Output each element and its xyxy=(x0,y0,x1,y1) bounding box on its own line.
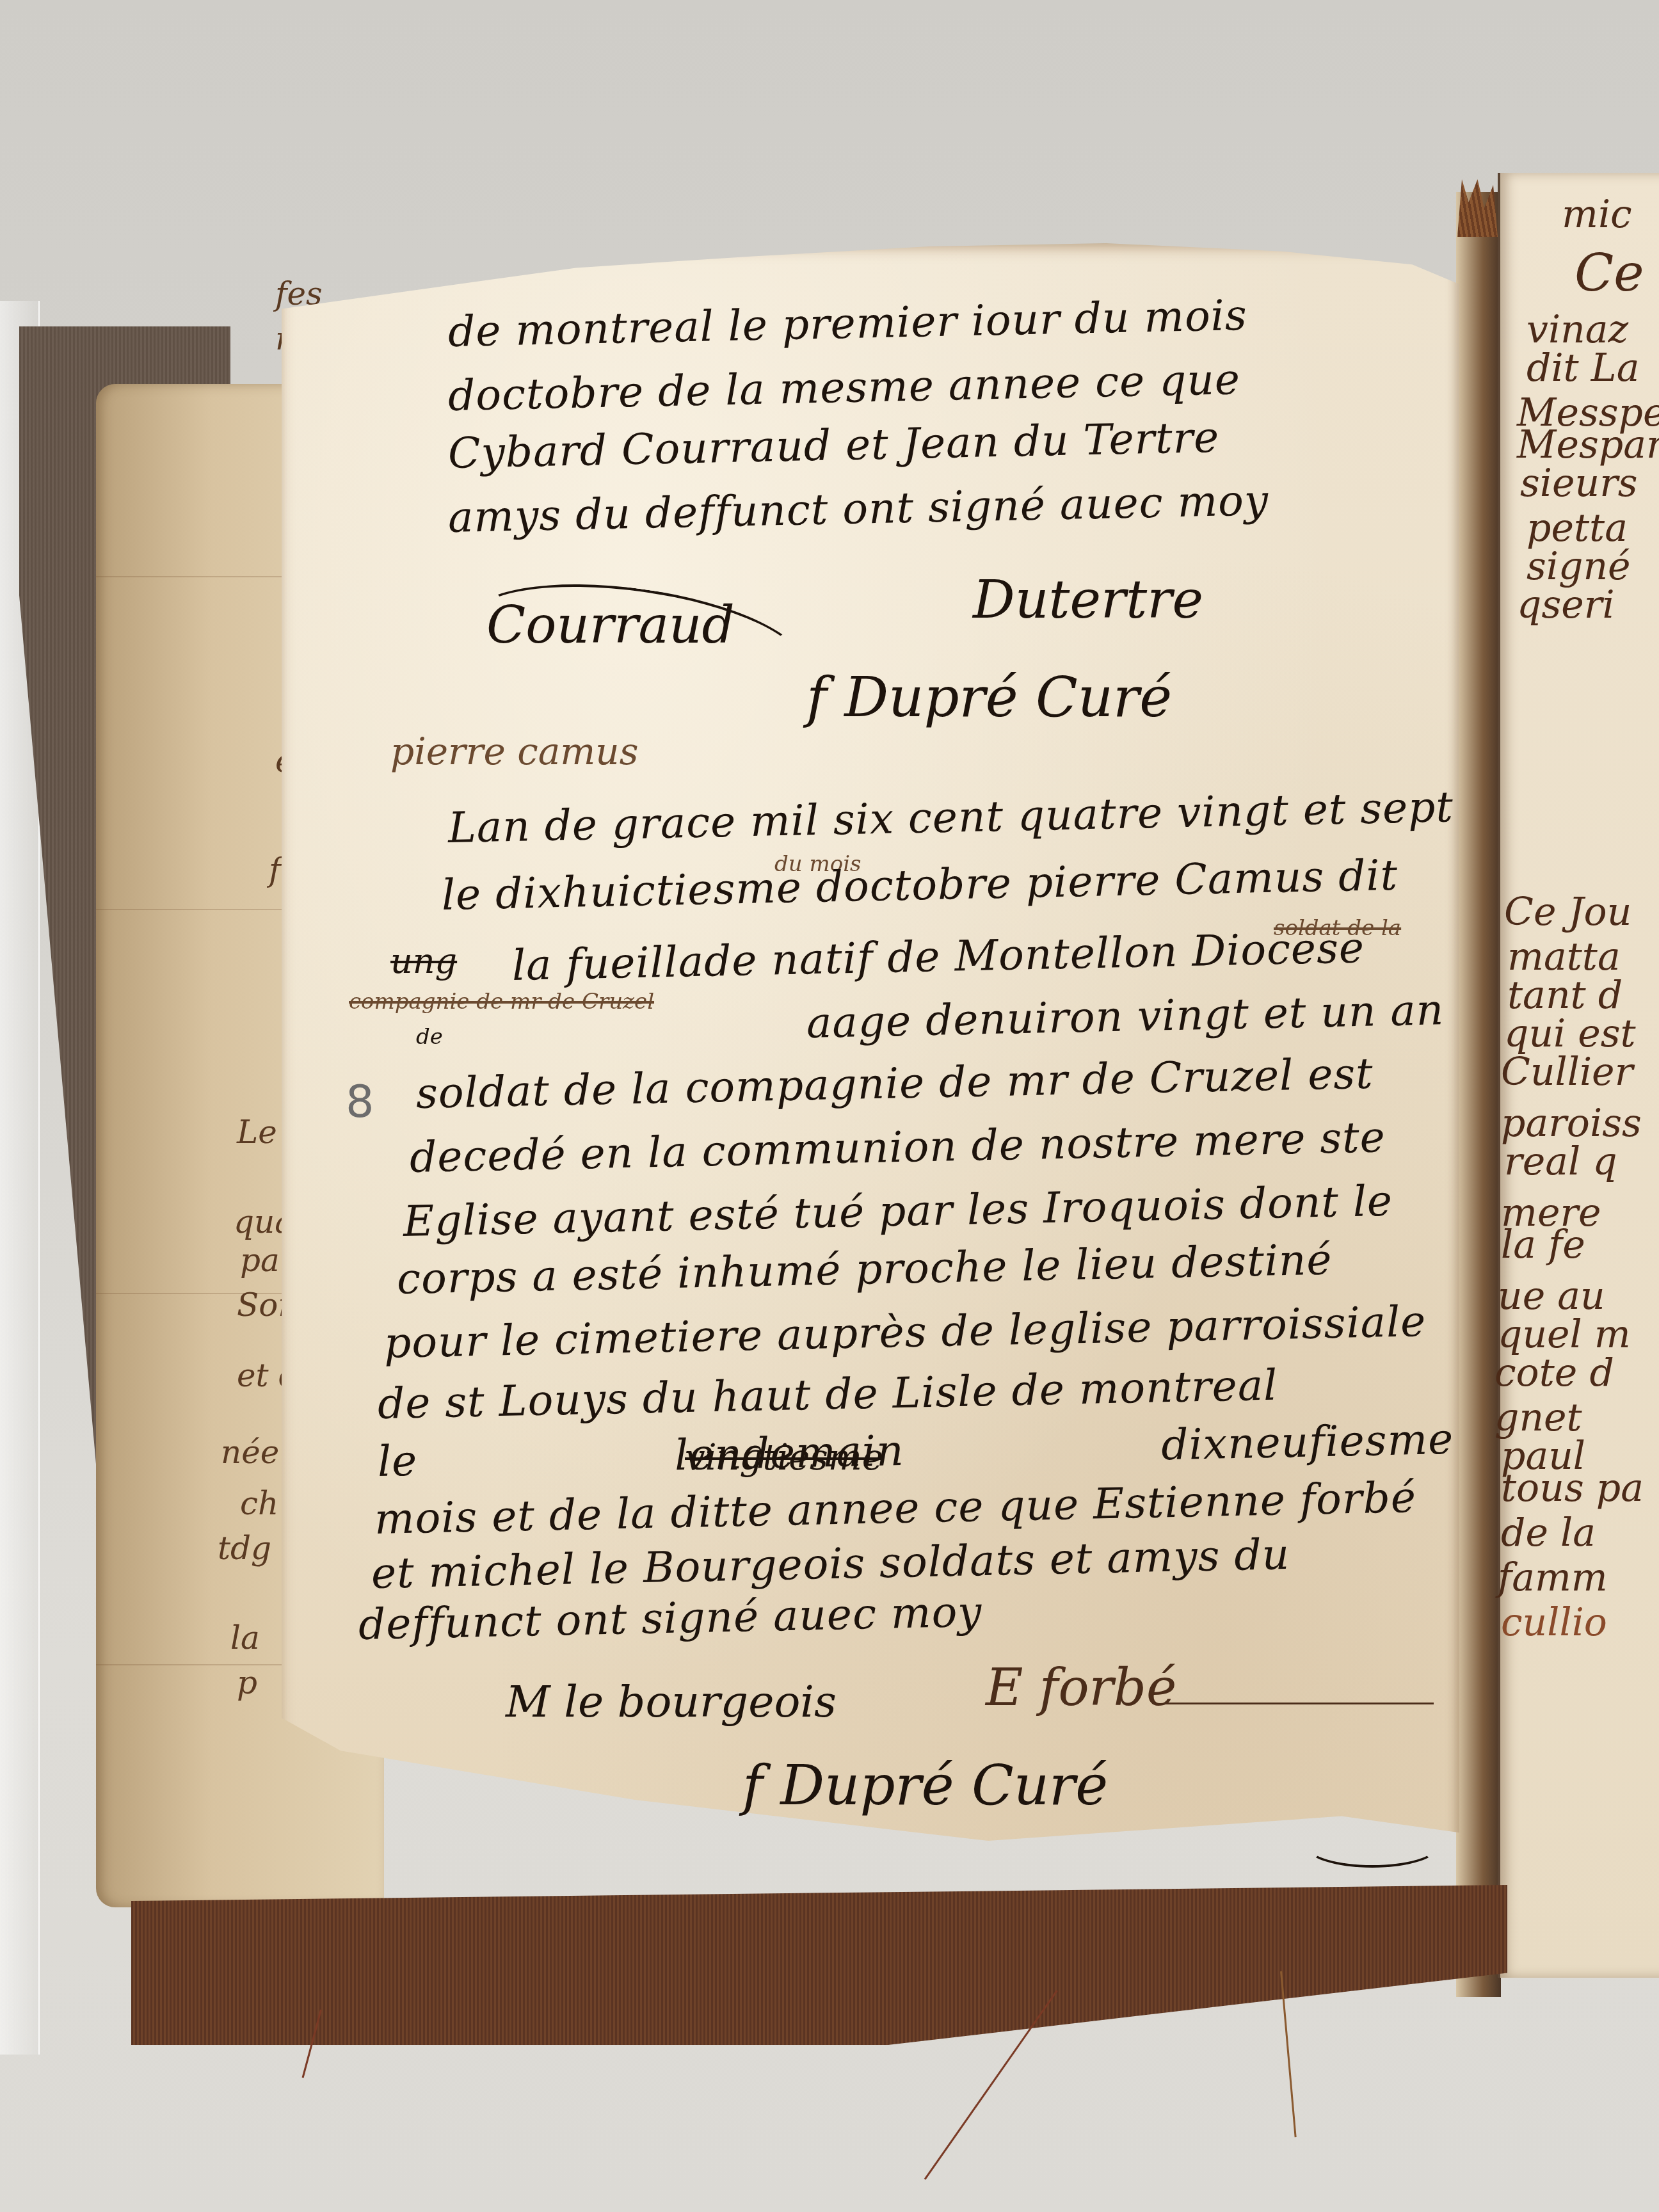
right-page-line: mic xyxy=(1562,192,1632,237)
margin-fragment: Le xyxy=(237,1114,277,1151)
right-page-line: sieurs xyxy=(1520,461,1638,506)
right-page-line: real q xyxy=(1504,1139,1617,1184)
struck-word: ung xyxy=(390,941,457,981)
margin-fragment: ch xyxy=(240,1485,278,1522)
book-cover-bottom xyxy=(131,1885,1507,2045)
margin-fragment: pa xyxy=(240,1242,280,1279)
signature-dutertre: Dutertre xyxy=(973,570,1203,630)
book-gutter xyxy=(1456,192,1501,1997)
signature-underline xyxy=(1165,1703,1434,1704)
right-page-line: Ce xyxy=(1575,243,1644,303)
right-page-line: cullio xyxy=(1501,1600,1607,1645)
struck-margin-note: compagnie de mr de Cruzel xyxy=(349,989,654,1014)
margin-fragment: la xyxy=(230,1619,260,1656)
margin-fragment: née xyxy=(221,1434,279,1471)
margin-fragment: p xyxy=(237,1664,257,1701)
frayed-binding-thread xyxy=(1453,179,1498,237)
signature-cure: f Dupré Curé xyxy=(806,666,1172,730)
right-page-line: qseri xyxy=(1517,582,1615,627)
signature-flourish xyxy=(1306,1824,1439,1868)
right-page-line: tous pa xyxy=(1501,1466,1644,1511)
right-page-line: Cullier xyxy=(1501,1050,1633,1094)
right-page-line: cote d xyxy=(1495,1350,1614,1395)
right-page-line: Ce Jou xyxy=(1504,890,1631,934)
right-page-line: la fe xyxy=(1501,1222,1585,1267)
right-page-line: famm xyxy=(1498,1555,1608,1600)
pencil-folio-mark: 8 xyxy=(346,1075,374,1128)
right-page-line: de la xyxy=(1501,1511,1596,1555)
margin-fragment: tdg xyxy=(218,1530,271,1567)
signature-le-bourgeois: M le bourgeois xyxy=(506,1677,837,1727)
margin-name-pierre-camus: pierre camus xyxy=(390,730,638,773)
signature-forbe: E forbé xyxy=(986,1658,1176,1717)
signature-cure-dupre: f Dupré Curé xyxy=(742,1754,1108,1818)
margin-note-de: de xyxy=(416,1024,443,1050)
right-page-line: dit La xyxy=(1527,346,1639,390)
